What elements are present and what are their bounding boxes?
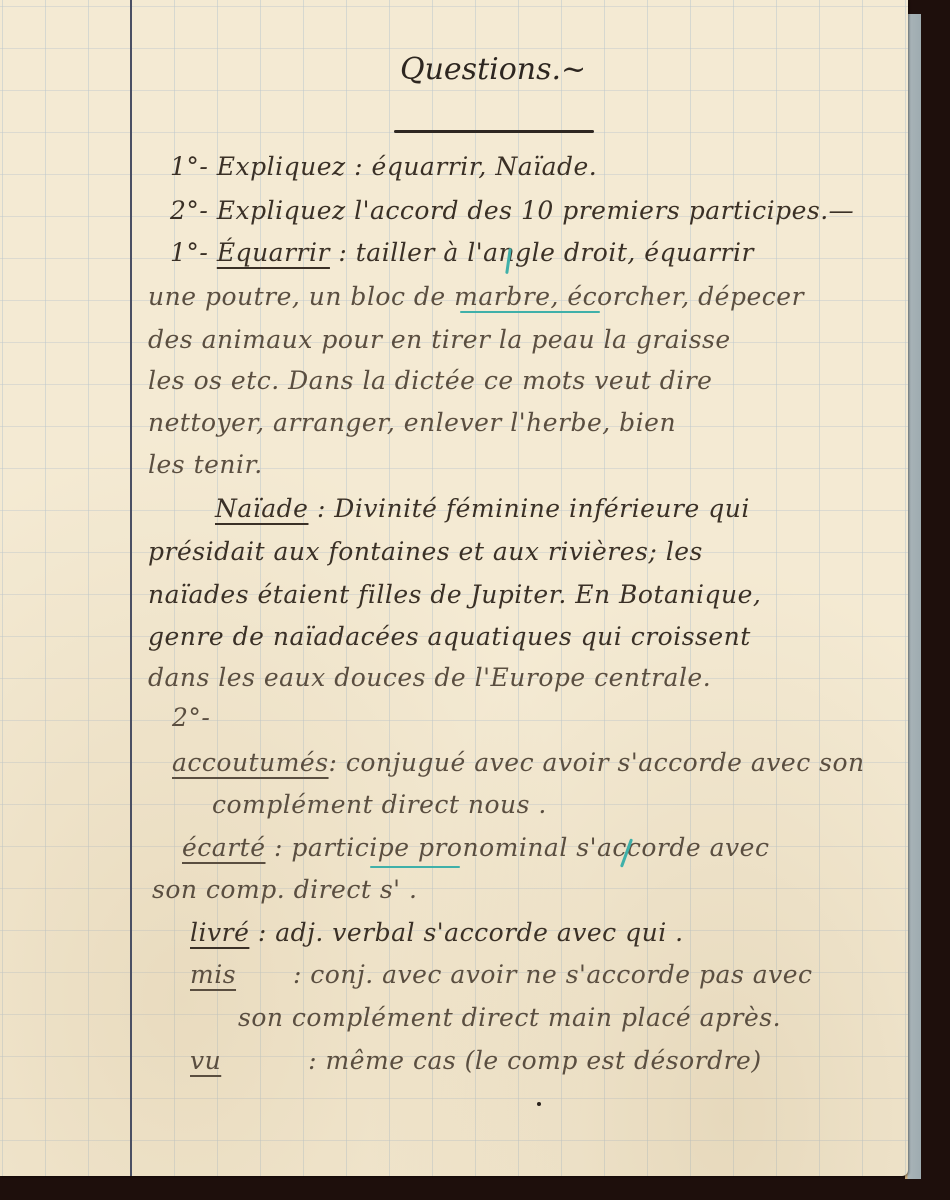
answer-1-number: 1°- bbox=[170, 238, 208, 267]
naiade-line-3: naïades étaient filles de Jupiter. En Bo… bbox=[148, 580, 761, 609]
entry-text: : conj. avec avoir ne s'accorde pas avec bbox=[293, 960, 813, 989]
term-livre: livré bbox=[190, 918, 249, 947]
answer-1-line-4: les os etc. Dans la dictée ce mots veut … bbox=[148, 366, 712, 395]
term-mis: mis bbox=[190, 960, 236, 989]
entry-text: : conjugué avec avoir s'accorde avec son bbox=[329, 748, 865, 777]
notebook-page: Questions.~ 1°- Expliquez : équarrir, Na… bbox=[0, 0, 908, 1176]
entry-mis-cont: son complément direct main placé après. bbox=[238, 1003, 781, 1032]
answer-1-line-5: nettoyer, arranger, enlever l'herbe, bie… bbox=[148, 408, 676, 437]
entry-livre: livré : adj. verbal s'accorde avec qui . bbox=[190, 918, 684, 947]
answer-1-line-6: les tenir. bbox=[148, 450, 263, 479]
definition-text: : tailler à l'angle droit, équarrir bbox=[338, 238, 754, 267]
answer-1-line-3: des animaux pour en tirer la peau la gra… bbox=[148, 325, 731, 354]
entry-text: : adj. verbal s'accorde avec qui . bbox=[258, 918, 684, 947]
entry-vu: vu : même cas (le comp est désordre) bbox=[190, 1046, 762, 1075]
entry-mis: mis : conj. avec avoir ne s'accorde pas … bbox=[190, 960, 813, 989]
entry-accoutumes-cont: complément direct nous . bbox=[212, 790, 547, 819]
entry-text: : participe pronominal s'accorde avec bbox=[274, 833, 770, 862]
term-naiade: Naïade bbox=[215, 494, 308, 523]
term-equarrir: Équarrir bbox=[217, 238, 330, 267]
term-accoutumes: accoutumés bbox=[172, 748, 329, 777]
entry-ecarte: écarté : participe pronominal s'accorde … bbox=[182, 833, 769, 862]
margin-line bbox=[130, 0, 132, 1176]
answer-1-line-2: une poutre, un bloc de marbre, écorcher,… bbox=[148, 282, 804, 311]
answer-2-number: 2°- bbox=[172, 703, 210, 732]
question-1: 1°- Expliquez : équarrir, Naïade. bbox=[170, 152, 597, 181]
correction-underline bbox=[460, 311, 600, 313]
page-title: Questions.~ bbox=[400, 52, 586, 87]
entry-accoutumes: accoutumés: conjugué avec avoir s'accord… bbox=[172, 748, 865, 777]
naiade-line-1: Naïade : Divinité féminine inférieure qu… bbox=[215, 494, 750, 523]
entry-ecarte-cont: son comp. direct s' . bbox=[152, 875, 417, 904]
correction-underline bbox=[370, 866, 460, 868]
naiade-line-5: dans les eaux douces de l'Europe central… bbox=[148, 663, 711, 692]
term-ecarte: écarté bbox=[182, 833, 266, 862]
question-2: 2°- Expliquez l'accord des 10 premiers p… bbox=[170, 196, 854, 225]
answer-1-line-1: 1°- Équarrir : tailler à l'angle droit, … bbox=[170, 238, 754, 267]
naiade-line-2: présidait aux fontaines et aux rivières;… bbox=[148, 537, 703, 566]
ink-dot bbox=[537, 1102, 541, 1106]
naiade-definition: : Divinité féminine inférieure qui bbox=[317, 494, 750, 523]
entry-text: : même cas (le comp est désordre) bbox=[308, 1046, 761, 1075]
naiade-line-4: genre de naïadacées aquatiques qui crois… bbox=[148, 622, 751, 651]
term-vu: vu bbox=[190, 1046, 221, 1075]
title-underline bbox=[394, 130, 594, 133]
